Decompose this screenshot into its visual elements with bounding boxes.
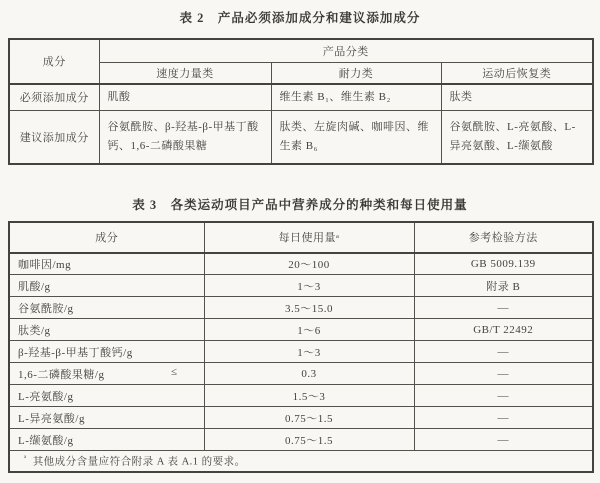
table-footnote-row: ᵃ其他成分含量应符合附录 A 表 A.1 的要求。: [9, 451, 593, 472]
table-row: 谷氨酰胺/g 3.5～15.0 —: [9, 297, 593, 319]
footnote-text: 其他成分含量应符合附录 A 表 A.1 的要求。: [33, 457, 246, 468]
table-row: 肽类/g 1～6 GB/T 22492: [9, 319, 593, 341]
table3-daily-usage: 成分 每日使用量ᵃ 参考检验方法 咖啡因/mg 20～100 GB 5009.1…: [8, 221, 594, 473]
daily-amount: 1～3: [204, 341, 414, 363]
test-method: GB 5009.139: [414, 253, 593, 275]
test-method: —: [414, 363, 593, 385]
ingredient-name: L-异亮氨酸/g: [18, 413, 85, 425]
suggested-recovery: 谷氨酰胺、L-亮氨酸、L-异亮氨酸、L-缬氨酸: [441, 111, 593, 164]
table3-header-ingredient: 成分: [9, 222, 204, 253]
ingredient-name: L-缬氨酸/g: [18, 435, 73, 447]
table2-corner-header: 成分: [9, 39, 99, 84]
test-method: 附录 B: [414, 275, 593, 297]
table3-header-daily-amount: 每日使用量ᵃ: [204, 222, 414, 253]
test-method: —: [414, 341, 593, 363]
table2-additives: 成分 产品分类 速度力量类 耐力类 运动后恢复类 必须添加成分 肌酸 维生素 B…: [8, 38, 594, 165]
document-page: 表 2 产品必须添加成分和建议添加成分 成分 产品分类 速度力量类 耐力类 运动…: [0, 0, 600, 483]
daily-amount: 1.5～3: [204, 385, 414, 407]
suggested-endurance: 肽类、左旋肉碱、咖啡因、维生素 B₆: [271, 111, 441, 164]
table-row: β-羟基-β-甲基丁酸钙/g 1～3 —: [9, 341, 593, 363]
limit-symbol: ≤: [171, 366, 178, 378]
table3-title: 表 3 各类运动项目产品中营养成分的种类和每日使用量: [8, 195, 592, 213]
test-method: —: [414, 407, 593, 429]
ingredient-name: L-亮氨酸/g: [18, 391, 73, 403]
ingredient-name: 1,6-二磷酸果糖/g: [18, 369, 104, 381]
table2-col-endurance: 耐力类: [271, 62, 441, 84]
daily-amount: 1～3: [204, 275, 414, 297]
table2-title: 表 2 产品必须添加成分和建议添加成分: [8, 8, 592, 26]
test-method: GB/T 22492: [414, 319, 593, 341]
ingredient-name: 肽类/g: [18, 325, 51, 337]
footnote-marker: ᵃ: [24, 453, 27, 462]
daily-amount: 20～100: [204, 253, 414, 275]
ingredient-name: 肌酸/g: [18, 281, 51, 293]
table2-col-speed-strength: 速度力量类: [99, 62, 271, 84]
table-row: 必须添加成分 肌酸 维生素 B₁、维生素 B₂ 肽类: [9, 84, 593, 111]
suggested-speed-strength: 谷氨酰胺、β-羟基-β-甲基丁酸钙、1,6-二磷酸果糖: [99, 111, 271, 164]
test-method: —: [414, 429, 593, 451]
daily-amount: 0.75～1.5: [204, 407, 414, 429]
table2-group-header: 产品分类: [99, 39, 593, 62]
table-row: 建议添加成分 谷氨酰胺、β-羟基-β-甲基丁酸钙、1,6-二磷酸果糖 肽类、左旋…: [9, 111, 593, 164]
table-row: 成分 产品分类: [9, 39, 593, 62]
ingredient-name: 咖啡因/mg: [18, 259, 71, 271]
row-label-required: 必须添加成分: [9, 84, 99, 111]
test-method: —: [414, 297, 593, 319]
ingredient-name: β-羟基-β-甲基丁酸钙/g: [18, 347, 133, 359]
table-row: L-亮氨酸/g 1.5～3 —: [9, 385, 593, 407]
daily-amount: 0.3: [204, 363, 414, 385]
daily-amount: 1～6: [204, 319, 414, 341]
required-speed-strength: 肌酸: [99, 84, 271, 111]
daily-amount: 3.5～15.0: [204, 297, 414, 319]
required-recovery: 肽类: [441, 84, 593, 111]
daily-amount: 0.75～1.5: [204, 429, 414, 451]
table-header-row: 成分 每日使用量ᵃ 参考检验方法: [9, 222, 593, 253]
table2-col-recovery: 运动后恢复类: [441, 62, 593, 84]
table-row: 咖啡因/mg 20～100 GB 5009.139: [9, 253, 593, 275]
row-label-suggested: 建议添加成分: [9, 111, 99, 164]
table-row: L-异亮氨酸/g 0.75～1.5 —: [9, 407, 593, 429]
test-method: —: [414, 385, 593, 407]
table-row: L-缬氨酸/g 0.75～1.5 —: [9, 429, 593, 451]
table-row: 肌酸/g 1～3 附录 B: [9, 275, 593, 297]
table3-header-test-method: 参考检验方法: [414, 222, 593, 253]
required-endurance: 维生素 B₁、维生素 B₂: [271, 84, 441, 111]
ingredient-name: 谷氨酰胺/g: [18, 303, 74, 315]
table-row: ≤1,6-二磷酸果糖/g 0.3 —: [9, 363, 593, 385]
